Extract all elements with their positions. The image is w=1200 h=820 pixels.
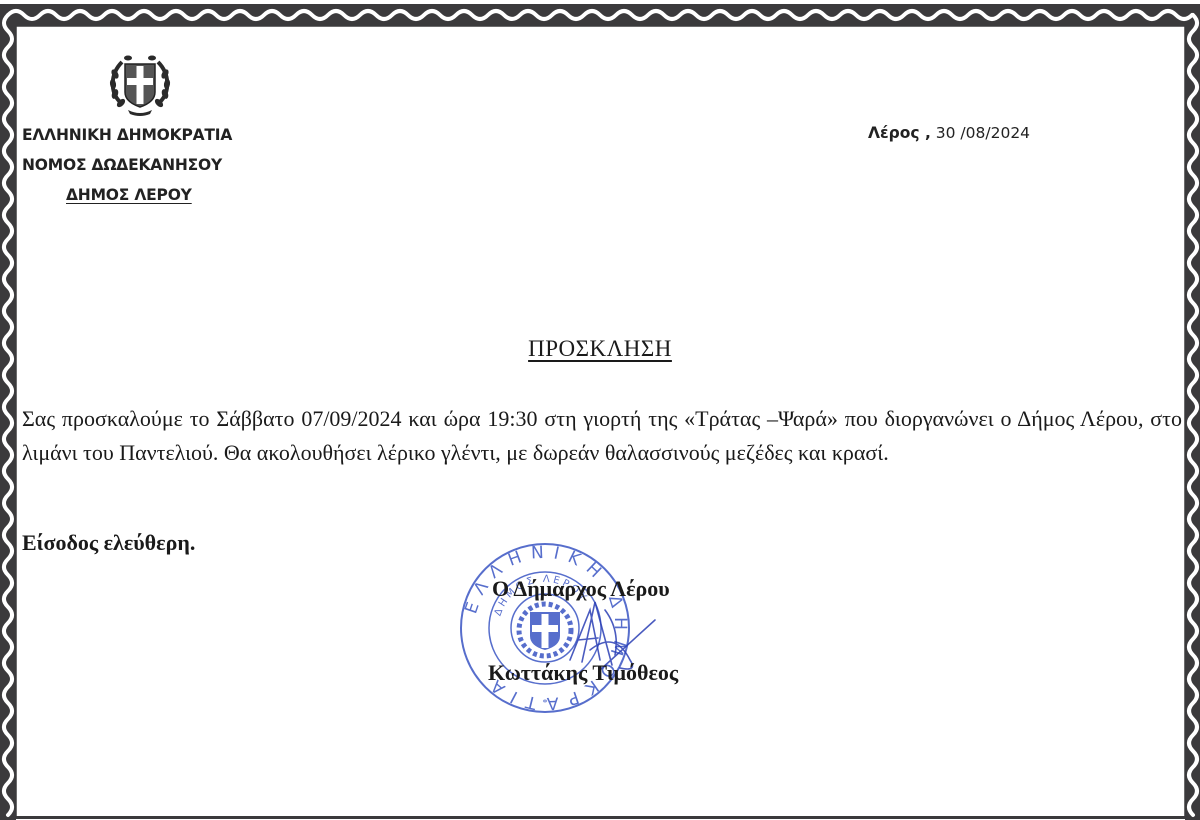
header-municipality: ΔΗΜΟΣ ΛΕΡΟΥ (66, 180, 232, 210)
signatory-name: Κωττάκης Τιμόθεος (488, 660, 678, 686)
document-page: ΕΛΛΗΝΙΚΗ ΔΗΜΟΚΡΑΤΙΑ ΝΟΜΟΣ ΔΩΔΕΚΑΝΗΣΟΥ ΔΗ… (0, 0, 1200, 820)
place: Λέρος , (868, 124, 931, 142)
invitation-body: Σας προσκαλούμε το Σάββατο 07/09/2024 κα… (22, 402, 1182, 470)
signatory-title: Ο Δήμαρχος Λέρου (492, 576, 670, 602)
entry-note: Είσοδος ελεύθερη. (22, 530, 195, 556)
issuer-header: ΕΛΛΗΝΙΚΗ ΔΗΜΟΚΡΑΤΙΑ ΝΟΜΟΣ ΔΩΔΕΚΑΝΗΣΟΥ ΔΗ… (22, 120, 232, 210)
greek-coat-of-arms-icon (106, 52, 174, 118)
header-line-republic: ΕΛΛΗΝΙΚΗ ΔΗΜΟΚΡΑΤΙΑ (22, 120, 232, 150)
document-title: ΠΡΟΣΚΛΗΣΗ (0, 336, 1200, 362)
place-date: Λέρος , 30 /08/2024 (868, 124, 1030, 142)
date: 30 /08/2024 (936, 124, 1030, 142)
header-line-prefecture: ΝΟΜΟΣ ΔΩΔΕΚΑΝΗΣΟΥ (22, 150, 232, 180)
svg-text:*: * (543, 698, 548, 709)
